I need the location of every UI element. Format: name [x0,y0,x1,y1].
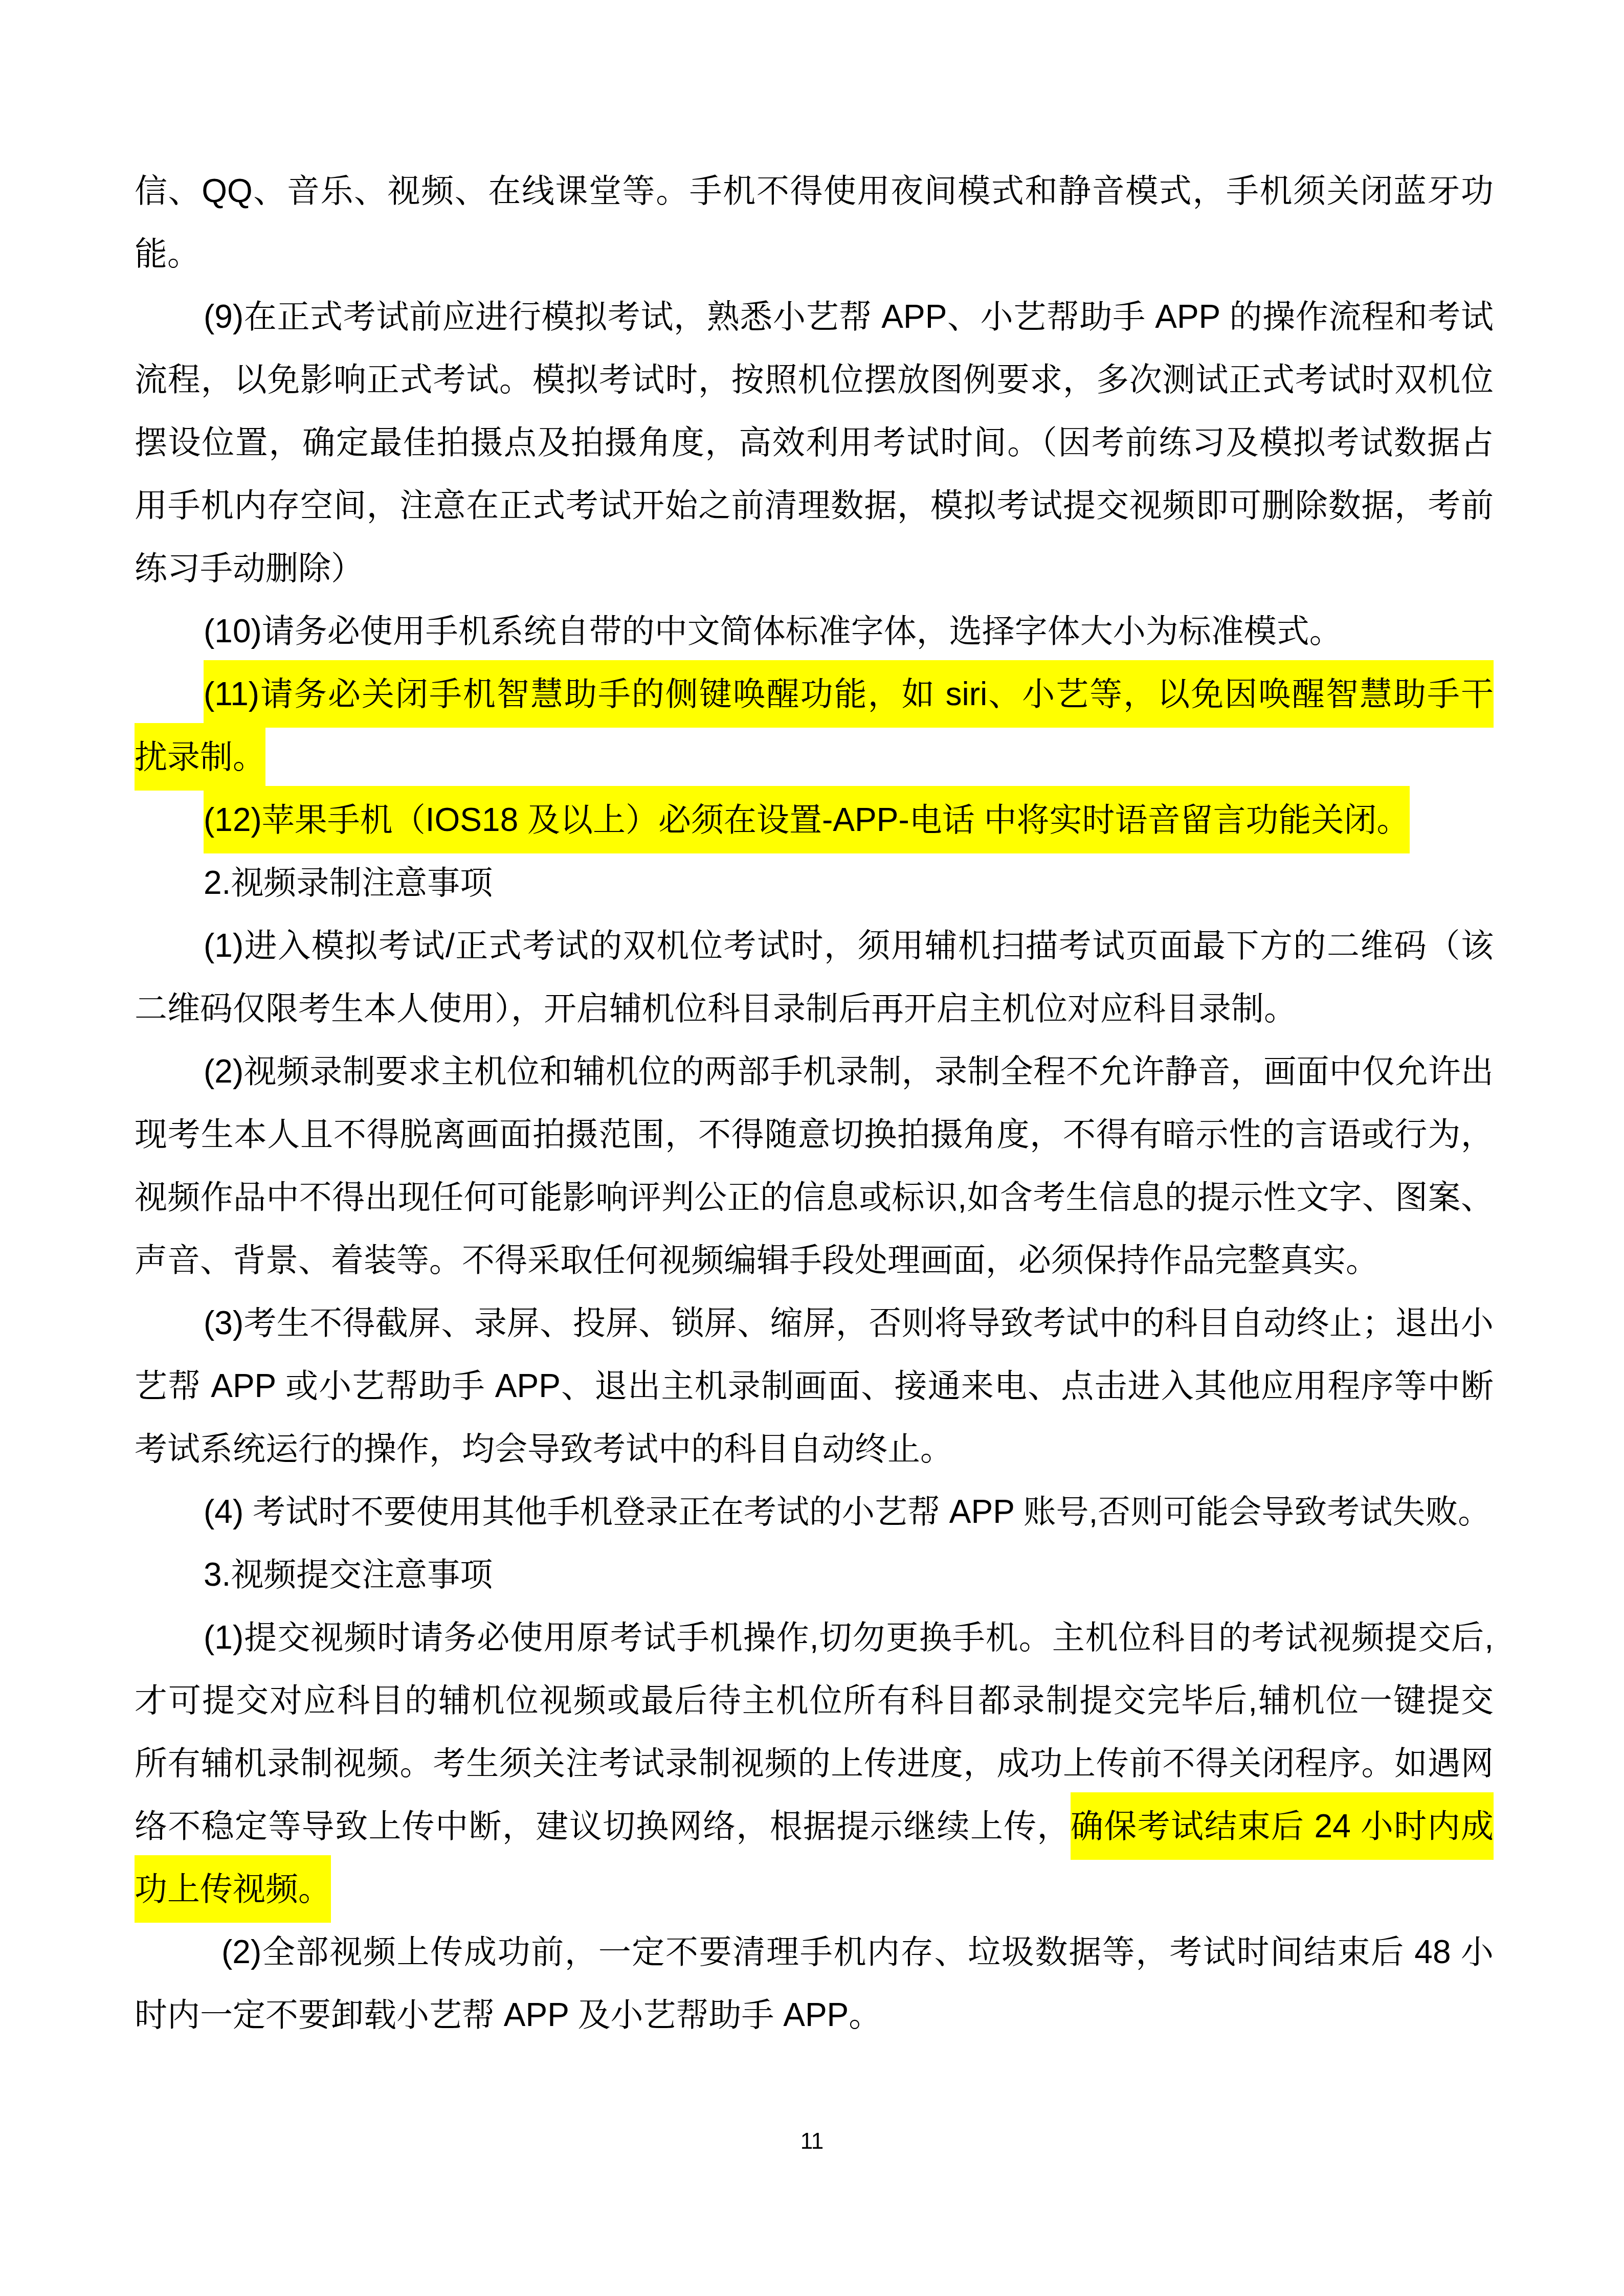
text-segment: 摆设位置，确定最佳拍摄点及拍摄角度，高效利用考试时间。（因考前练习及模拟考试数据… [135,424,1494,461]
page-number: 11 [0,2126,1624,2157]
text-segment: 能。 [135,235,200,272]
text-segment: 3.视频提交注意事项 [204,1556,493,1593]
text-line: 用手机内存空间，注意在正式考试开始之前清理数据，模拟考试提交视频即可删除数据，考… [135,474,1494,537]
document-body: 信、QQ、音乐、视频、在线课堂等。手机不得使用夜间模式和静音模式，手机须关闭蓝牙… [135,160,1494,2046]
text-segment: 才可提交对应科目的辅机位视频或最后待主机位所有科目都录制提交完毕后,辅机位一键提… [135,1682,1494,1719]
text-segment: 流程，以免影响正式考试。模拟考试时，按照机位摆放图例要求，多次测试正式考试时双机… [135,361,1494,398]
text-segment: (4) 考试时不要使用其他手机登录正在考试的小艺帮 APP 账号,否则可能会导致… [204,1493,1490,1530]
text-segment: 二维码仅限考生本人使用），开启辅机位科目录制后再开启主机位对应科目录制。 [135,990,1297,1027]
text-line: 络不稳定等导致上传中断，建议切换网络，根据提示继续上传，确保考试结束后 24 小… [135,1795,1494,1858]
text-segment: (10)请务必使用手机系统自带的中文简体标准字体，选择字体大小为标准模式。 [204,613,1342,649]
highlighted-text: (12)苹果手机（IOS18 及以上）必须在设置-APP-电话 中将实时语音留言… [204,786,1410,853]
text-line: 所有辅机录制视频。考生须关注考试录制视频的上传进度，成功上传前不得关闭程序。如遇… [135,1732,1494,1795]
text-line: 声音、背景、着装等。不得采取任何视频编辑手段处理画面，必须保持作品完整真实。 [135,1229,1494,1292]
text-segment: (2)视频录制要求主机位和辅机位的两部手机录制，录制全程不允许静音，画面中仅允许… [204,1053,1494,1090]
text-segment: 练习手动删除） [135,550,364,587]
text-line: 考试系统运行的操作，均会导致考试中的科目自动终止。 [135,1417,1494,1480]
text-segment: (2)全部视频上传成功前，一定不要清理手机内存、垃圾数据等，考试时间结束后 48… [221,1933,1494,1970]
text-line: 艺帮 APP 或小艺帮助手 APP、退出主机录制画面、接通来电、点击进入其他应用… [135,1355,1494,1417]
text-segment: (9)在正式考试前应进行模拟考试，熟悉小艺帮 APP、小艺帮助手 APP 的操作… [204,298,1494,335]
text-segment: (1)进入模拟考试/正式考试的双机位考试时，须用辅机扫描考试页面最下方的二维码（… [204,927,1494,964]
text-line: (3)考生不得截屏、录屏、投屏、锁屏、缩屏，否则将导致考试中的科目自动终止；退出… [135,1292,1494,1355]
highlighted-text: 确保考试结束后 24 小时内成 [1071,1792,1494,1860]
text-line: (1)提交视频时请务必使用原考试手机操作,切勿更换手机。主机位科目的考试视频提交… [135,1606,1494,1669]
text-line: (1)进入模拟考试/正式考试的双机位考试时，须用辅机扫描考试页面最下方的二维码（… [135,914,1494,977]
text-line: 扰录制。 [135,726,1494,789]
text-segment: 视频作品中不得出现任何可能影响评判公正的信息或标识,如含考生信息的提示性文字、图… [135,1179,1494,1215]
text-line: (9)在正式考试前应进行模拟考试，熟悉小艺帮 APP、小艺帮助手 APP 的操作… [135,285,1494,348]
text-line: (4) 考试时不要使用其他手机登录正在考试的小艺帮 APP 账号,否则可能会导致… [135,1480,1494,1543]
document-page: 信、QQ、音乐、视频、在线课堂等。手机不得使用夜间模式和静音模式，手机须关闭蓝牙… [0,0,1624,2296]
highlighted-text: 扰录制。 [135,723,265,791]
text-segment: 考试系统运行的操作，均会导致考试中的科目自动终止。 [135,1430,953,1467]
text-segment: 声音、背景、着装等。不得采取任何视频编辑手段处理画面，必须保持作品完整真实。 [135,1242,1378,1278]
text-line: 二维码仅限考生本人使用），开启辅机位科目录制后再开启主机位对应科目录制。 [135,977,1494,1040]
text-line: 功上传视频。 [135,1858,1494,1921]
text-segment: 艺帮 APP 或小艺帮助手 APP、退出主机录制画面、接通来电、点击进入其他应用… [135,1367,1494,1404]
text-segment: 信、QQ、音乐、视频、在线课堂等。手机不得使用夜间模式和静音模式，手机须关闭蓝牙… [135,172,1494,209]
text-segment: 现考生本人且不得脱离画面拍摄范围，不得随意切换拍摄角度，不得有暗示性的言语或行为… [135,1116,1494,1153]
text-line: 才可提交对应科目的辅机位视频或最后待主机位所有科目都录制提交完毕后,辅机位一键提… [135,1669,1494,1732]
text-line: 流程，以免影响正式考试。模拟考试时，按照机位摆放图例要求，多次测试正式考试时双机… [135,348,1494,411]
text-line: 视频作品中不得出现任何可能影响评判公正的信息或标识,如含考生信息的提示性文字、图… [135,1166,1494,1229]
text-segment: 用手机内存空间，注意在正式考试开始之前清理数据，模拟考试提交视频即可删除数据，考… [135,487,1494,524]
text-segment: 时内一定不要卸载小艺帮 APP 及小艺帮助手 APP。 [135,1996,881,2033]
text-segment: 所有辅机录制视频。考生须关注考试录制视频的上传进度，成功上传前不得关闭程序。如遇… [135,1745,1494,1782]
text-segment: 2.视频录制注意事项 [204,864,493,901]
text-line: 练习手动删除） [135,537,1494,600]
text-line: 时内一定不要卸载小艺帮 APP 及小艺帮助手 APP。 [135,1984,1494,2046]
text-line: (2)视频录制要求主机位和辅机位的两部手机录制，录制全程不允许静音，画面中仅允许… [135,1040,1494,1103]
text-line: (11)请务必关闭手机智慧助手的侧键唤醒功能，如 siri、小艺等，以免因唤醒智… [135,663,1494,726]
highlighted-text: 功上传视频。 [135,1855,331,1923]
text-line: (2)全部视频上传成功前，一定不要清理手机内存、垃圾数据等，考试时间结束后 48… [135,1921,1494,1984]
text-line: 信、QQ、音乐、视频、在线课堂等。手机不得使用夜间模式和静音模式，手机须关闭蓝牙… [135,160,1494,222]
text-line: 2.视频录制注意事项 [135,851,1494,914]
text-line: 3.视频提交注意事项 [135,1543,1494,1606]
text-line: 现考生本人且不得脱离画面拍摄范围，不得随意切换拍摄角度，不得有暗示性的言语或行为… [135,1103,1494,1166]
text-line: 能。 [135,222,1494,285]
text-line: 摆设位置，确定最佳拍摄点及拍摄角度，高效利用考试时间。（因考前练习及模拟考试数据… [135,411,1494,474]
text-segment: (1)提交视频时请务必使用原考试手机操作,切勿更换手机。主机位科目的考试视频提交… [204,1619,1494,1656]
text-line: (10)请务必使用手机系统自带的中文简体标准字体，选择字体大小为标准模式。 [135,600,1494,663]
text-line: (12)苹果手机（IOS18 及以上）必须在设置-APP-电话 中将实时语音留言… [135,789,1494,851]
text-segment: (3)考生不得截屏、录屏、投屏、锁屏、缩屏，否则将导致考试中的科目自动终止；退出… [204,1304,1494,1341]
text-segment: 络不稳定等导致上传中断，建议切换网络，根据提示继续上传， [135,1808,1071,1844]
highlighted-text: (11)请务必关闭手机智慧助手的侧键唤醒功能，如 siri、小艺等，以免因唤醒智… [204,660,1494,728]
